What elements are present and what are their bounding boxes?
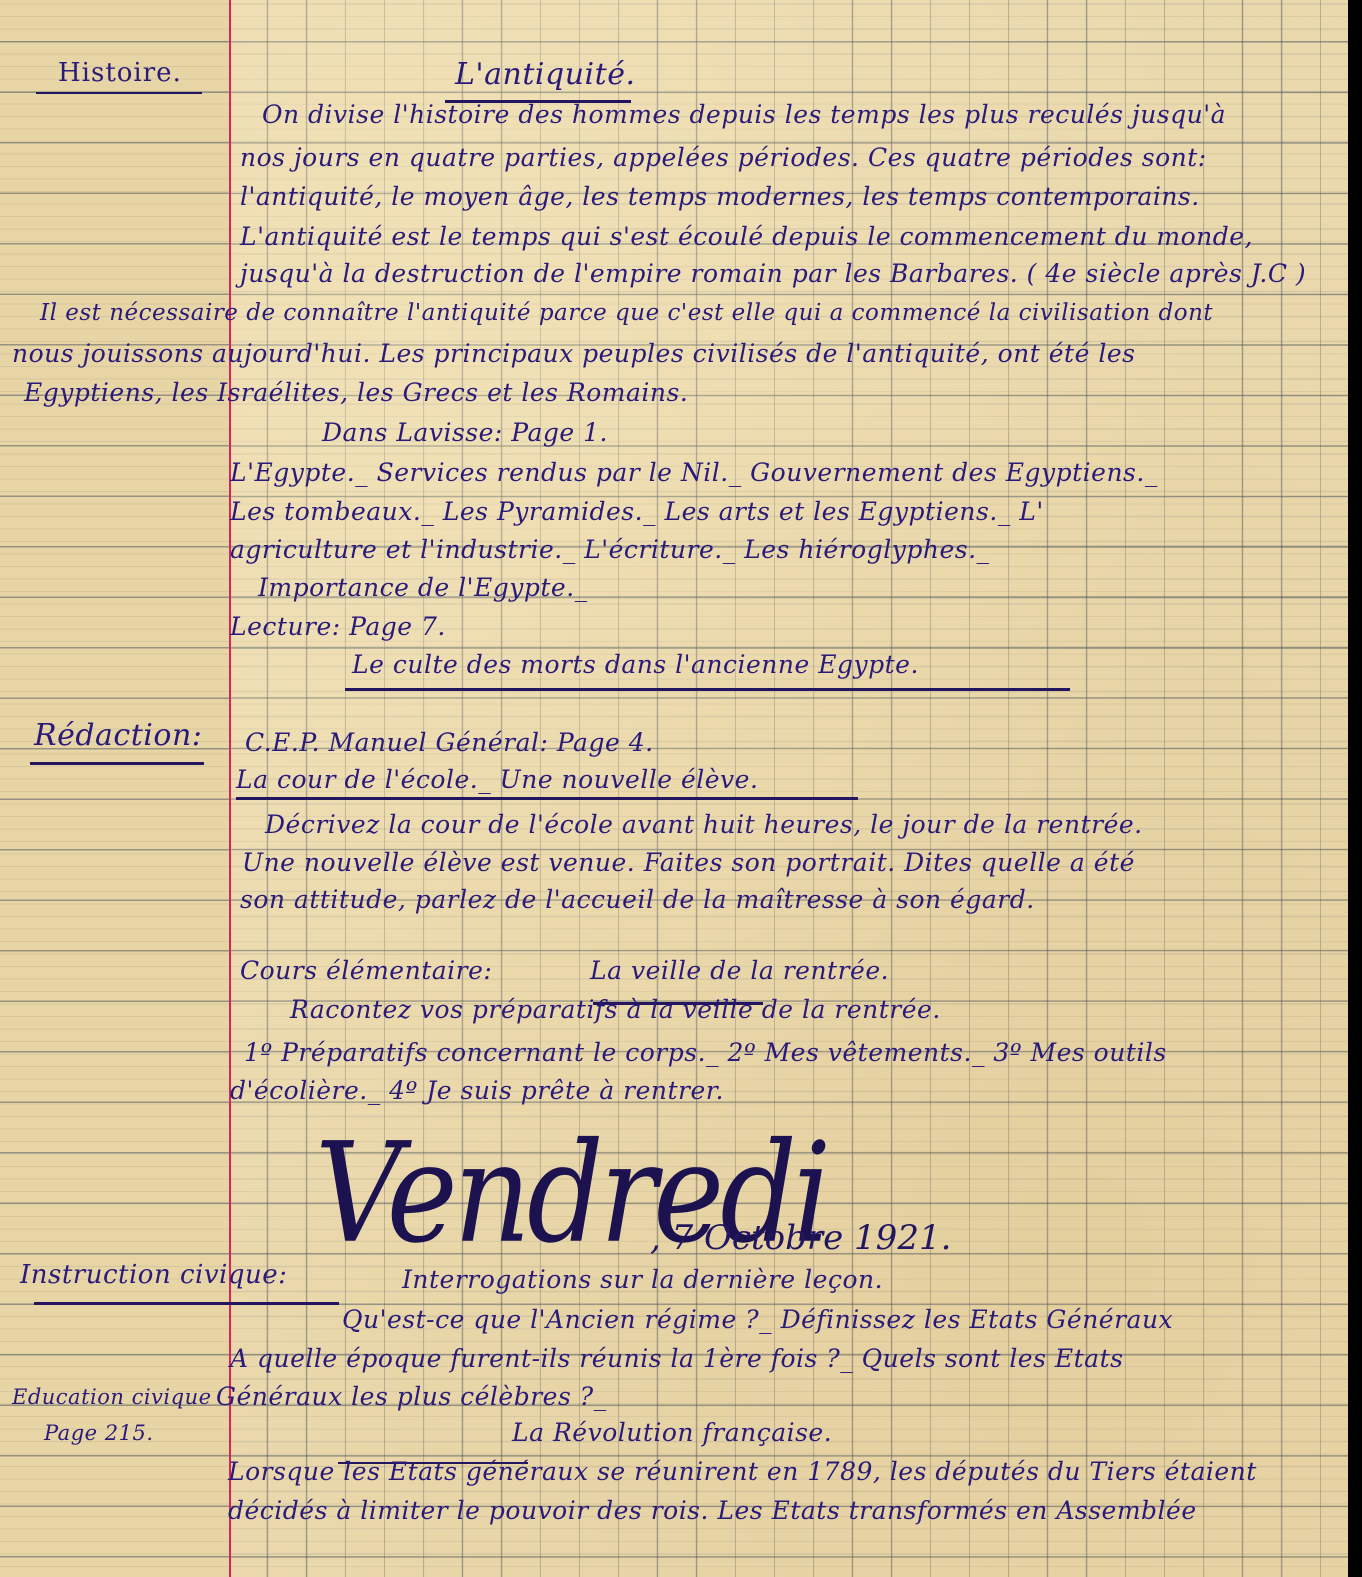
- text-line: décidés à limiter le pouvoir des rois. L…: [228, 1496, 1197, 1526]
- side-note-page: Page 215.: [44, 1418, 154, 1448]
- text-line: agriculture et l'industrie._ L'écriture.…: [230, 535, 990, 565]
- section-label-redaction: Rédaction:: [34, 718, 202, 753]
- left-margin: [0, 0, 229, 1577]
- redaction-source: C.E.P. Manuel Général: Page 4.: [245, 728, 654, 758]
- text-line: A quelle époque furent-ils réunis la 1èr…: [230, 1344, 1123, 1374]
- cours-elementaire-label: Cours élémentaire:: [240, 956, 492, 986]
- red-margin-line: [229, 0, 231, 1577]
- text-line: Egyptiens, les Israélites, les Grecs et …: [24, 378, 688, 408]
- underline: [34, 1302, 339, 1305]
- text-line: Les tombeaux._ Les Pyramides._ Les arts …: [230, 497, 1044, 527]
- text-line: On divise l'histoire des hommes depuis l…: [262, 100, 1226, 130]
- text-line: Racontez vos préparatifs à la veille de …: [290, 995, 941, 1025]
- lecture-title: Le culte des morts dans l'ancienne Egypt…: [352, 650, 919, 680]
- text-line: Importance de l'Egypte._: [258, 573, 588, 603]
- side-note-education-civique: Education civique: [12, 1382, 212, 1412]
- lesson-title: La Révolution française.: [512, 1418, 832, 1448]
- section-title-antiquite: L'antiquité.: [455, 57, 636, 92]
- date-heading: , 7 Octobre 1921.: [650, 1218, 951, 1258]
- section-label-histoire: Histoire.: [58, 58, 182, 88]
- text-line: l'antiquité, le moyen âge, les temps mod…: [240, 182, 1200, 212]
- text-line: 1º Préparatifs concernant le corps._ 2º …: [244, 1038, 1167, 1068]
- text-line: L'Egypte._ Services rendus par le Nil._ …: [230, 458, 1158, 488]
- text-line: Qu'est-ce que l'Ancien régime ?_ Définis…: [342, 1305, 1173, 1335]
- underline: [30, 762, 204, 765]
- interrogations-heading: Interrogations sur la dernière leçon.: [402, 1265, 883, 1295]
- subject-underline: [236, 797, 858, 800]
- cours-elementaire-subject: La veille de la rentrée.: [590, 956, 889, 986]
- underline: [36, 92, 202, 94]
- text-line: Une nouvelle élève est venue. Faites son…: [242, 848, 1135, 878]
- text-line: jusqu'à la destruction de l'empire romai…: [240, 259, 1306, 289]
- text-line: nous jouissons aujourd'hui. Les principa…: [12, 339, 1135, 369]
- text-line: d'écolière._ 4º Je suis prête à rentrer.: [230, 1076, 724, 1106]
- text-line: Décrivez la cour de l'école avant huit h…: [265, 810, 1143, 840]
- text-line: Généraux les plus célèbres ?_: [216, 1382, 607, 1412]
- text-line: Il est nécessaire de connaître l'antiqui…: [40, 298, 1213, 328]
- text-line: L'antiquité est le temps qui s'est écoul…: [240, 222, 1253, 252]
- redaction-subject: La cour de l'école._ Une nouvelle élève.: [236, 765, 758, 795]
- text-line: nos jours en quatre parties, appelées pé…: [240, 143, 1207, 173]
- lecture-reference: Lecture: Page 7.: [230, 612, 446, 642]
- lecture-underline: [345, 688, 1070, 691]
- text-line: Lorsque les Etats généraux se réunirent …: [228, 1457, 1257, 1487]
- lavisse-reference: Dans Lavisse: Page 1.: [322, 418, 608, 448]
- section-label-instruction-civique: Instruction civique:: [20, 1260, 287, 1290]
- text-line: son attitude, parlez de l'accueil de la …: [240, 885, 1035, 915]
